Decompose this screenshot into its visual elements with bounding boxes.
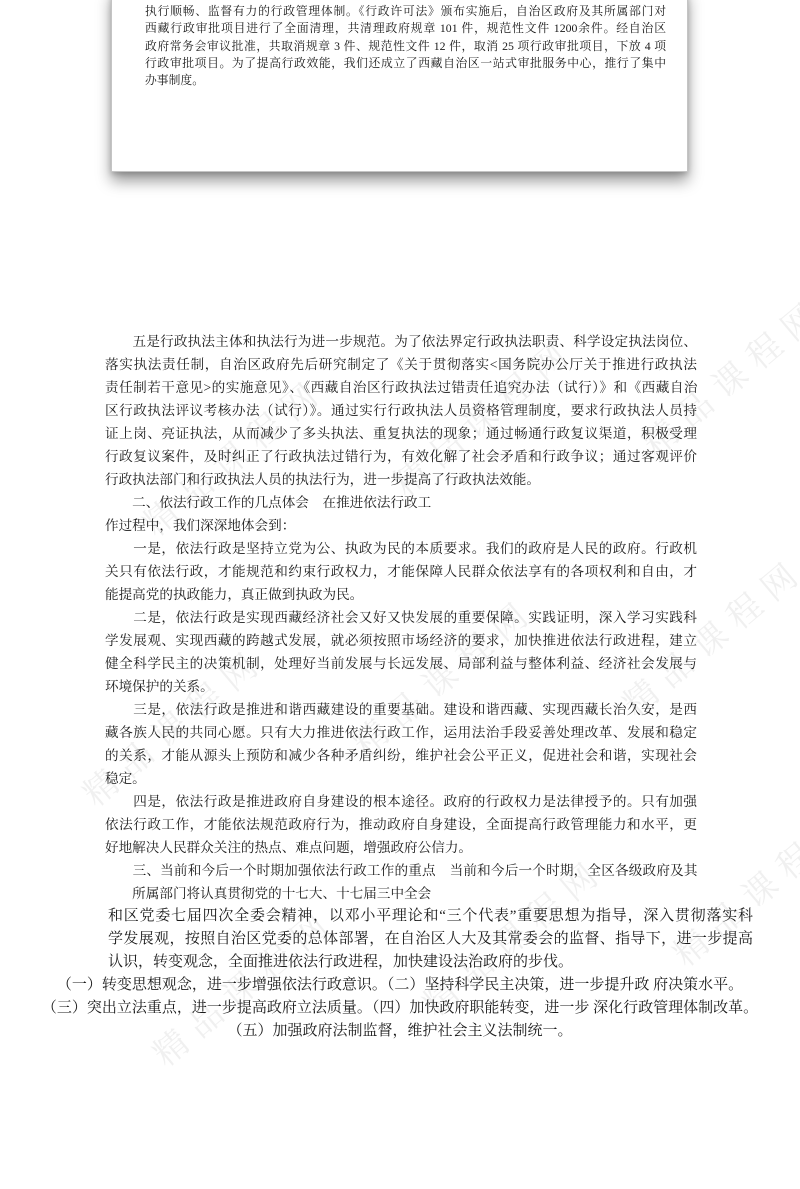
text-line: 行政复议案件，及时纠正了行政执法过错行为，有效化解了社会矛盾和行政争议；通过客观… — [105, 445, 697, 468]
text-line: 依法行政工作，才能依法规范政府行为，推动政府自身建设，全面提高行政管理能力和水平… — [105, 813, 697, 836]
document-centered-items: （一）转变思想观念，进一步增强依法行政意识。（二）坚持科学民主决策，进一步提升政… — [0, 974, 800, 1043]
text-line: 二是，依法行政是实现西藏经济社会又好又快发展的重要保障。实践证明，深入学习实践科 — [105, 606, 697, 629]
text-line: 五是行政执法主体和执法行为进一步规范。为了依法界定行政执法职责、科学设定执法岗位… — [105, 330, 697, 353]
text-line: （五）加强政府法制监督，维护社会主义法制统一。 — [0, 1020, 800, 1043]
text-line: 和区党委七届四次全委会精神，以邓小平理论和“三个代表”重要思想为指导，深入贯彻落… — [108, 905, 753, 928]
text-line: 执行顺畅、监督有力的行政管理体制。《行政许可法》颁布实施后，自治区政府及其所属部… — [145, 3, 666, 20]
text-line: 证上岗、亮证执法，从而减少了多头执法、重复执法的现象；通过畅通行政复议渠道，积极… — [105, 422, 697, 445]
text-line: 行政执法部门和行政执法人员的执法行为，进一步提高了行政执法效能。 — [105, 468, 697, 491]
text-line: 一是，依法行政是坚持立党为公、执政为民的本质要求。我们的政府是人民的政府。行政机 — [105, 537, 697, 560]
text-line: 学发展观，按照自治区党委的总体部署，在自治区人大及其常委会的监督、指导下，进一步… — [108, 928, 753, 951]
text-line: 区行政执法评议考核办法（试行）》。通过实行行政执法人员资格管理制度，要求行政执法… — [105, 399, 697, 422]
text-line: 能提高党的执政能力，真正做到执政为民。 — [105, 583, 697, 606]
text-line: 认识，转变观念，全面推进依法行政进程，加快建设法治政府的步伐。 — [108, 951, 753, 974]
text-line: 作过程中，我们深深地体会到： — [105, 514, 697, 537]
text-line: 三、当前和今后一个时期加强依法行政工作的重点 当前和今后一个时期，全区各级政府及… — [105, 859, 697, 882]
text-line: 关只有依法行政，才能规范和约束行政权力，才能保障人民群众依法享有的各项权利和自由… — [105, 560, 697, 583]
document-preview-page: { "watermark": { "text": "精品课程网" }, "col… — [0, 0, 800, 1189]
text-line: 环境保护的关系。 — [105, 675, 697, 698]
previous-page-preview-card: 执行顺畅、监督有力的行政管理体制。《行政许可法》颁布实施后，自治区政府及其所属部… — [111, 0, 688, 172]
text-line: 办事制度。 — [145, 72, 666, 89]
text-line: 好地解决人民群众关注的热点、难点问题，增强政府公信力。 — [105, 836, 697, 859]
text-line: 西藏行政审批项目进行了全面清理，共清理政府规章 101 件，规范性文件 1200… — [145, 20, 666, 37]
text-line: 四是，依法行政是推进政府自身建设的根本途径。政府的行政权力是法律授予的。只有加强 — [105, 790, 697, 813]
text-line: 三是，依法行政是推进和谐西藏建设的重要基础。建设和谐西藏、实现西藏长治久安，是西 — [105, 698, 697, 721]
previous-page-text: 执行顺畅、监督有力的行政管理体制。《行政许可法》颁布实施后，自治区政府及其所属部… — [145, 3, 666, 89]
document-body-text: 五是行政执法主体和执法行为进一步规范。为了依法界定行政执法职责、科学设定执法岗位… — [105, 330, 697, 905]
text-line: （一）转变思想观念，进一步增强依法行政意识。（二）坚持科学民主决策，进一步提升政… — [0, 974, 800, 997]
text-line: 二、依法行政工作的几点体会 在推进依法行政工 — [105, 491, 697, 514]
text-line: 的关系，才能从源头上预防和减少各种矛盾纠纷，维护社会公平正义，促进社会和谐，实现… — [105, 744, 697, 767]
text-line: 学发展观、实现西藏的跨越式发展，就必须按照市场经济的要求，加快推进依法行政进程，… — [105, 629, 697, 652]
text-line: 健全科学民主的决策机制，处理好当前发展与长远发展、局部利益与整体利益、经济社会发… — [105, 652, 697, 675]
text-line: （三）突出立法重点，进一步提高政府立法质量。（四）加快政府职能转变，进一步 深化… — [0, 997, 800, 1020]
document-wide-paragraph: 和区党委七届四次全委会精神，以邓小平理论和“三个代表”重要思想为指导，深入贯彻落… — [108, 905, 753, 974]
text-line: 落实执法责任制，自治区政府先后研究制定了《关于贯彻落实<国务院办公厅关于推进行政… — [105, 353, 697, 376]
text-line: 行政审批项目。为了提高行政效能，我们还成立了西藏自治区一站式审批服务中心，推行了… — [145, 55, 666, 72]
text-line: 政府常务会审议批准，共取消规章 3 件、规范性文件 12 件，取消 25 项行政… — [145, 38, 666, 55]
text-line: 藏各族人民的共同心愿。只有大力推进依法行政工作，运用法治手段妥善处理改革、发展和… — [105, 721, 697, 744]
text-line: 稳定。 — [105, 767, 697, 790]
text-line: 责任制若干意见>的实施意见》、《西藏自治区行政执法过错责任追究办法（试行）》和《… — [105, 376, 697, 399]
text-line: 所属部门将认真贯彻党的十七大、十七届三中全会 — [105, 882, 697, 905]
